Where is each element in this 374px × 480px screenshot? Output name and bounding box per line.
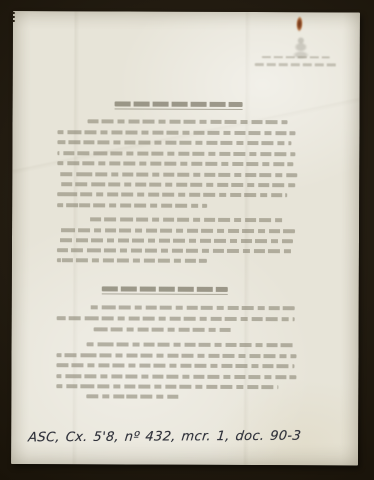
typed-text-line bbox=[57, 140, 291, 145]
typed-text-layer bbox=[11, 11, 360, 466]
typed-text-line bbox=[57, 258, 207, 263]
typed-text-line bbox=[57, 248, 295, 253]
typed-text-line bbox=[57, 161, 293, 166]
typed-heading-underline bbox=[102, 293, 228, 295]
typed-heading-underline bbox=[115, 108, 243, 110]
typed-text-line bbox=[57, 182, 295, 187]
typed-text-line bbox=[56, 363, 294, 368]
typed-text-line bbox=[57, 192, 287, 197]
paper-sheet: ASC, Cx. 5'8, nº 432, mcr. 1, doc. 90-3 bbox=[11, 11, 360, 466]
typed-text-line bbox=[57, 151, 295, 156]
typed-text-line bbox=[57, 203, 207, 208]
typed-text-line bbox=[88, 119, 288, 124]
typed-text-line bbox=[57, 238, 293, 243]
archival-reference-annotation: ASC, Cx. 5'8, nº 432, mcr. 1, doc. 90-3 bbox=[27, 428, 269, 447]
typed-text-line bbox=[56, 353, 296, 358]
typed-text-line bbox=[57, 172, 297, 177]
typed-text-line bbox=[94, 327, 234, 332]
typed-text-line bbox=[57, 130, 295, 135]
typed-heading bbox=[115, 101, 243, 107]
typed-text-line bbox=[56, 374, 296, 379]
typed-text-line bbox=[56, 384, 278, 389]
typed-text-line bbox=[87, 305, 295, 310]
typed-text-line bbox=[57, 316, 295, 321]
typed-text-line bbox=[57, 228, 295, 233]
typed-text-line bbox=[86, 394, 181, 398]
typed-heading bbox=[102, 286, 228, 292]
typed-text-line bbox=[87, 342, 297, 347]
typed-text-line bbox=[87, 217, 283, 222]
